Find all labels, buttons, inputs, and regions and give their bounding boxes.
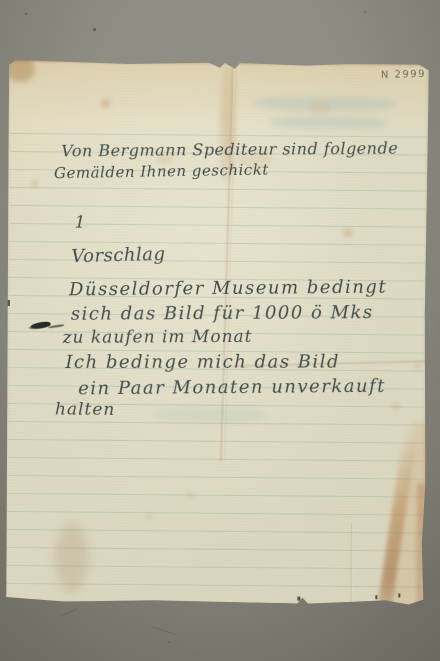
water-stain-streak xyxy=(377,433,417,613)
item-number: 1 xyxy=(74,213,86,233)
dust-speck xyxy=(364,11,366,13)
foxing-spot xyxy=(101,99,111,108)
foxing-spot xyxy=(343,228,352,237)
corner-stain xyxy=(5,56,35,82)
manuscript-page: N 2999 Von Bergmann Spediteur sind folge… xyxy=(4,60,429,605)
aged-top-band xyxy=(8,60,429,128)
foxing-spot xyxy=(309,101,331,115)
ink-show-through xyxy=(156,406,266,423)
ink-show-through xyxy=(270,116,386,129)
surface-scratch xyxy=(61,608,78,617)
smudge-stain xyxy=(54,522,89,592)
handwritten-line: Düsseldorfer Museum bedingt xyxy=(69,277,387,301)
handwritten-line: ein Paar Monaten unverkauft xyxy=(78,376,386,400)
water-stain xyxy=(389,423,440,610)
dust-speck xyxy=(25,13,27,15)
edge-speck xyxy=(375,595,377,599)
handwritten-line: zu kaufen im Monat xyxy=(63,327,253,348)
dust-speck xyxy=(93,28,96,31)
vertical-fold-crease xyxy=(219,62,237,462)
handwritten-line: sich das Bild für 1000 ö Mks xyxy=(71,302,374,325)
edge-speck xyxy=(297,597,300,601)
photo-background: N 2999 Von Bergmann Spediteur sind folge… xyxy=(0,0,440,661)
bottom-crease xyxy=(350,523,354,604)
heading-vorschlag: Vorschlag xyxy=(71,244,166,267)
archive-number: N 2999 xyxy=(381,69,426,81)
handwritten-line: Von Bergmann Spediteur sind folgende xyxy=(61,138,398,160)
handwritten-line: halten xyxy=(55,399,116,420)
ink-blot xyxy=(30,321,51,330)
edge-speck xyxy=(7,300,10,306)
handwritten-line: Gemälden Ihnen geschickt xyxy=(54,160,269,182)
edge-stain xyxy=(416,484,425,605)
foxing-spot xyxy=(391,401,401,410)
surface-scratch xyxy=(150,626,175,635)
foxing-spot xyxy=(31,180,39,188)
dust-speck xyxy=(168,641,170,643)
foxing-spot xyxy=(185,492,195,500)
handwritten-line: Ich bedinge mich das Bild xyxy=(65,351,340,372)
foxing-spot xyxy=(145,513,153,520)
foxing-spot xyxy=(414,362,422,370)
edge-speck xyxy=(398,593,400,597)
